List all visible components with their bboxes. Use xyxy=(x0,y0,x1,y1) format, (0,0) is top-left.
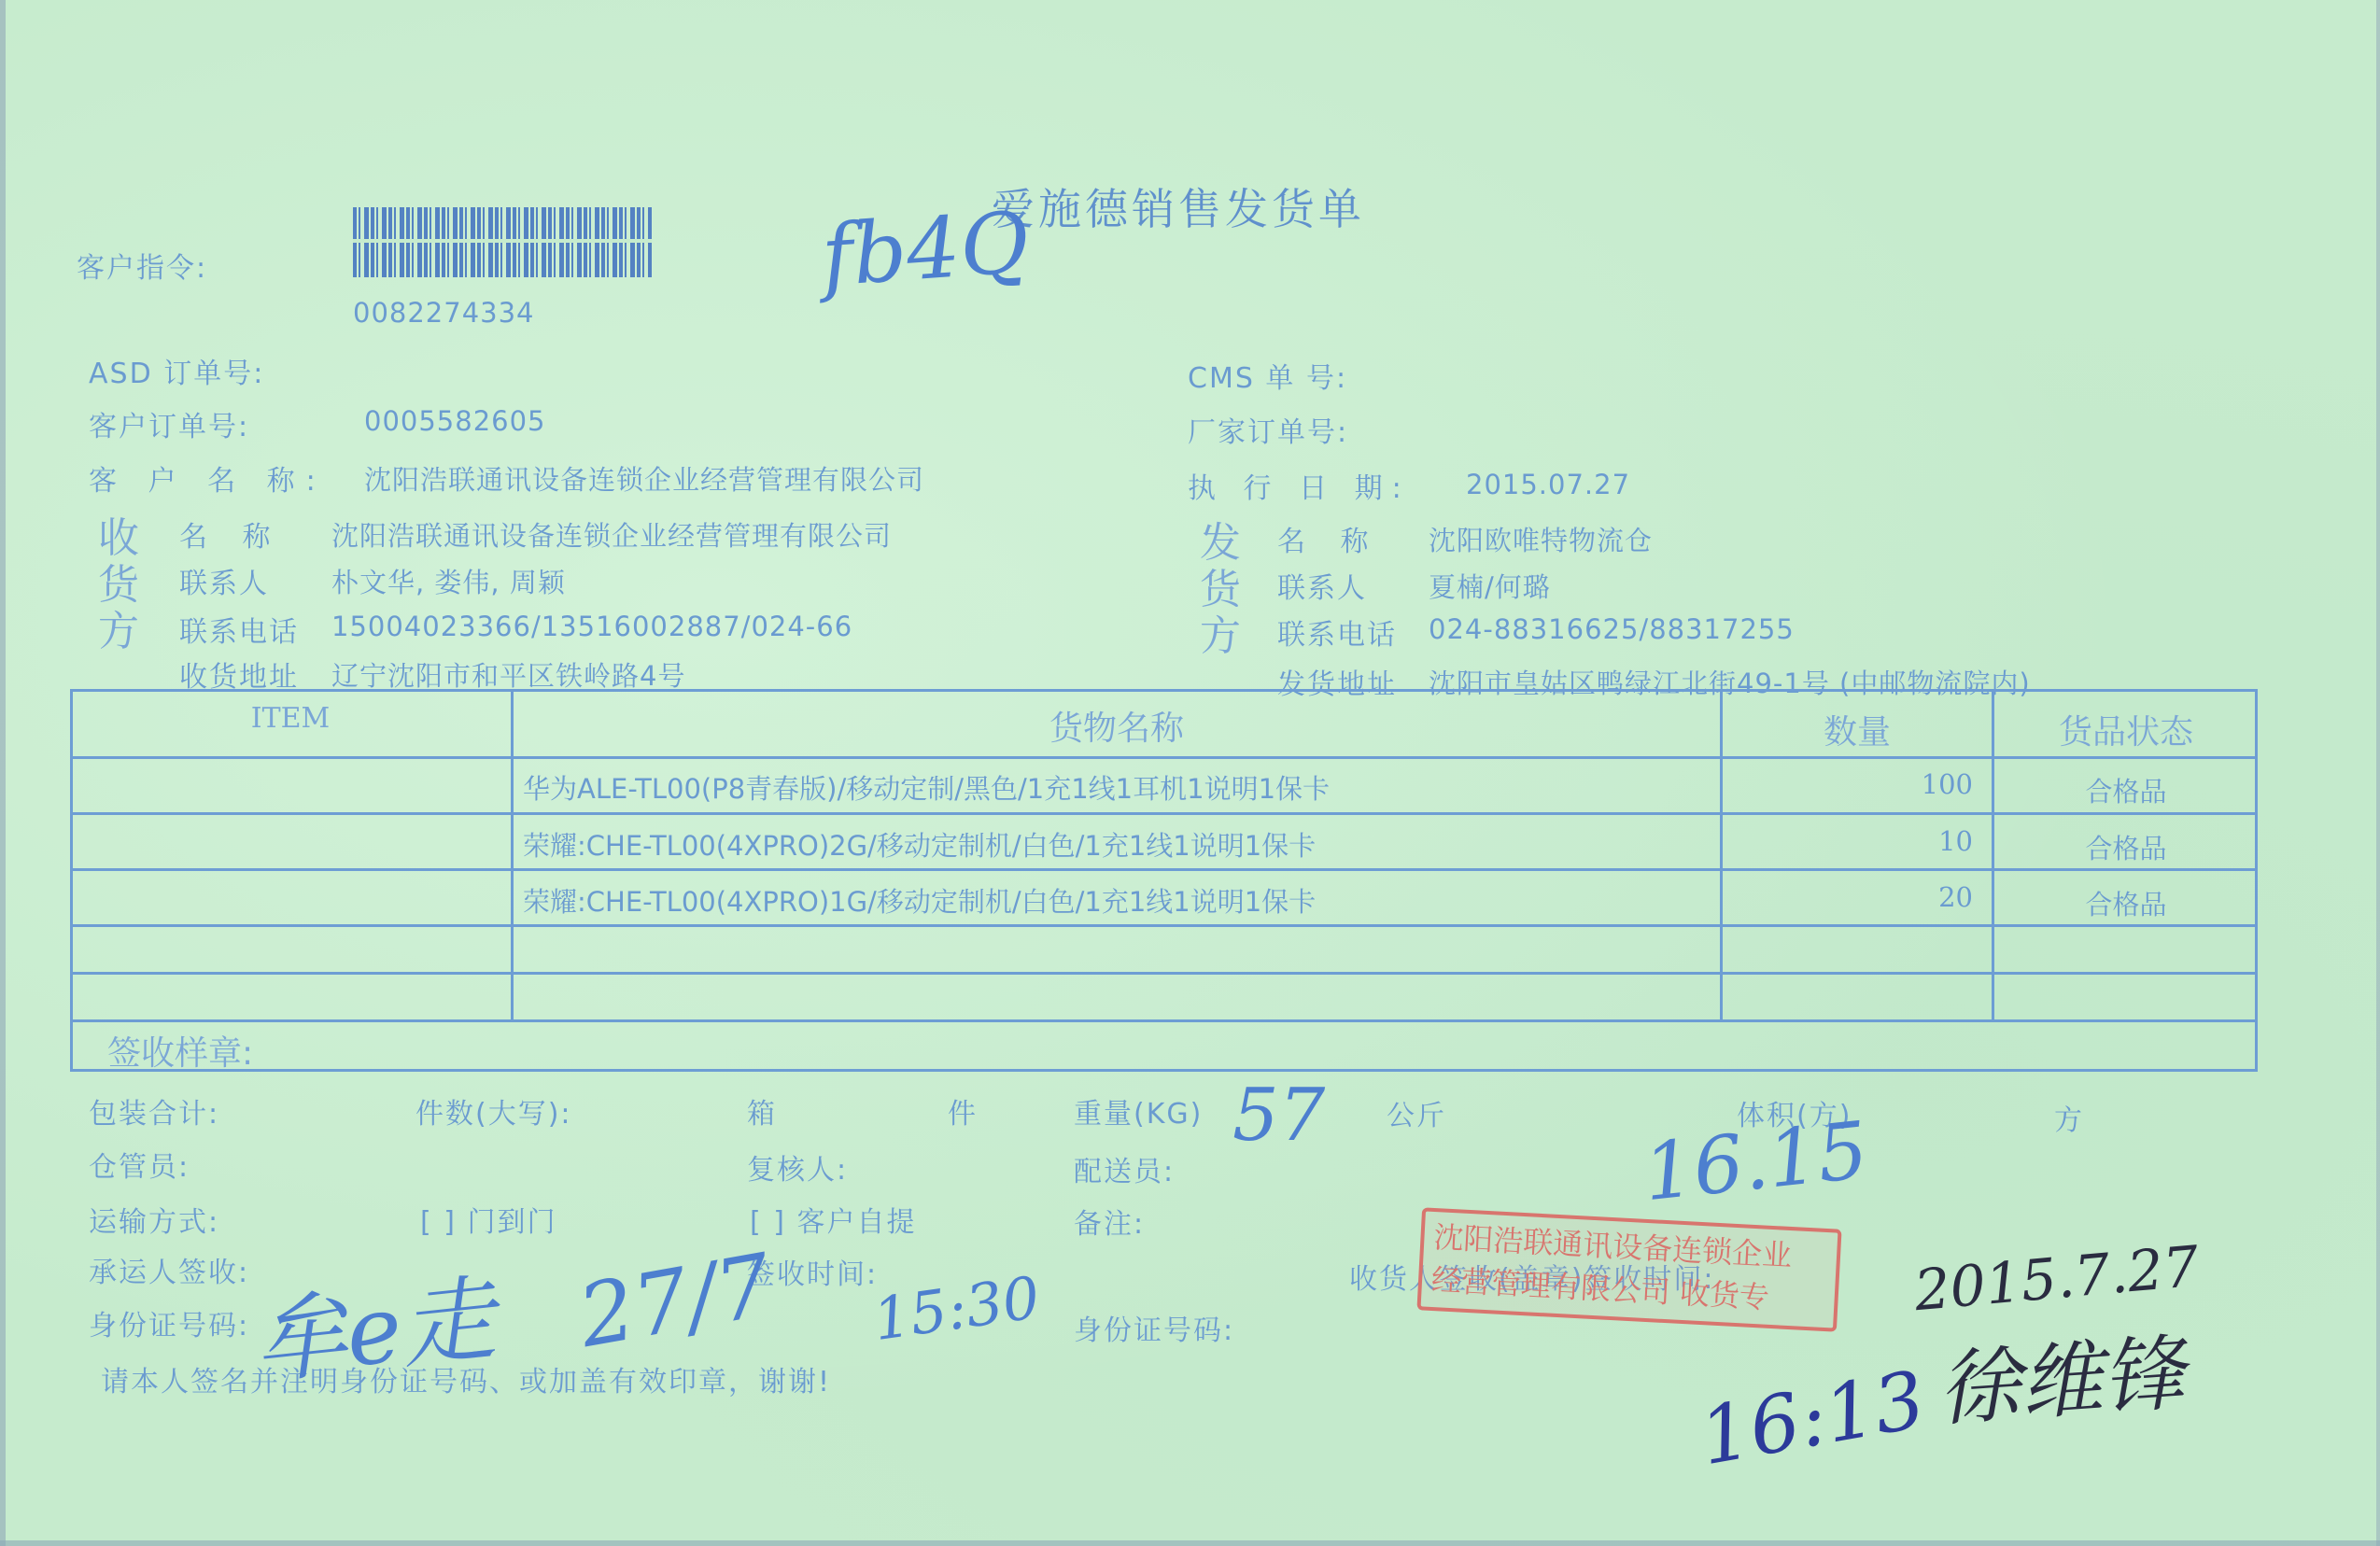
receiver-phone-value: 15004023366/13516002887/024-66 xyxy=(331,611,852,642)
receiver-contact-value: 朴文华, 娄伟, 周颖 xyxy=(331,562,566,600)
sender-contact-label: 联系人 xyxy=(1277,565,1367,606)
table-row-2-status: 合格品 xyxy=(1994,828,2258,866)
col-header-item: ITEM xyxy=(70,702,511,735)
id-number-label-right: 身份证号码: xyxy=(1074,1307,1234,1348)
customer-name-value: 沈阳浩联通讯设备连锁企业经营管理有限公司 xyxy=(364,459,924,498)
receiver-name-label: 名 称 xyxy=(179,513,284,555)
pieces-label: 件数(大写): xyxy=(415,1090,572,1131)
door-to-door-checkbox[interactable]: [ ] 门到门 xyxy=(420,1199,556,1240)
barcode-number: 0082274334 xyxy=(353,297,535,329)
col-header-qty: 数量 xyxy=(1723,706,1992,753)
weight-label: 重量(KG) xyxy=(1074,1090,1203,1131)
paper-edge-bottom xyxy=(0,1540,2380,1546)
receiver-address-value: 辽宁沈阳市和平区铁岭路4号 xyxy=(331,655,685,694)
table-row-1-name: 华为ALE-TL00(P8青春版)/移动定制/黑色/1充1线1耳机1说明1保卡 xyxy=(523,768,1330,807)
remark-label: 备注: xyxy=(1074,1201,1145,1242)
sender-side-char-3: 方 xyxy=(1200,602,1241,662)
table-row-3-name: 荣耀:CHE-TL00(4XPRO)1G/移动定制机/白色/1充1线1说明1保卡 xyxy=(523,881,1316,920)
sender-name-label: 名 称 xyxy=(1277,518,1382,559)
table-row-1-status: 合格品 xyxy=(1994,771,2258,809)
carrier-sign-label: 承运人签收: xyxy=(89,1249,249,1290)
cms-label: CMS 单 号: xyxy=(1188,355,1347,396)
table-row-3-status: 合格品 xyxy=(1994,884,2258,922)
table-row-divider xyxy=(70,972,2258,975)
table-row-divider xyxy=(70,812,2258,815)
box-label: 箱 xyxy=(747,1090,777,1131)
handwritten-weight: 57 xyxy=(1232,1074,1325,1158)
table-sign-divider xyxy=(70,1019,2258,1022)
col-header-status: 货品状态 xyxy=(1994,706,2258,753)
handwritten-receiver-signature: 徐维锋 xyxy=(1934,1308,2188,1442)
checker-label: 复核人: xyxy=(747,1146,848,1188)
exec-date-label: 执 行 日 期: xyxy=(1188,465,1411,506)
receiver-side-char-3: 方 xyxy=(98,597,139,657)
warehouse-label: 仓管员: xyxy=(89,1144,190,1185)
sign-stamp-label: 签收样章: xyxy=(107,1027,253,1075)
factory-order-label: 厂家订单号: xyxy=(1188,409,1348,450)
id-number-label-left: 身份证号码: xyxy=(89,1302,249,1343)
sender-phone-label: 联系电话 xyxy=(1277,611,1397,653)
transport-label: 运输方式: xyxy=(89,1199,219,1240)
table-row-3-qty: 20 xyxy=(1723,881,1973,913)
company-receipt-stamp: 沈阳浩联通讯设备连锁企业 经营管理有限公司 收货专 xyxy=(1416,1207,1841,1331)
handwritten-carrier-signature: 牟e走 xyxy=(246,1244,500,1402)
table-row-1-qty: 100 xyxy=(1723,768,1973,800)
delivery-label: 配送员: xyxy=(1074,1148,1175,1189)
table-row-divider xyxy=(70,924,2258,927)
barcode xyxy=(353,207,652,277)
customer-instruction-label: 客户指令: xyxy=(77,245,207,286)
col-header-name: 货物名称 xyxy=(514,702,1720,750)
document-title: 爱施德销售发货单 xyxy=(992,176,1365,237)
self-pickup-checkbox[interactable]: [ ] 客户自提 xyxy=(750,1199,916,1240)
asd-order-label: ASD 订单号: xyxy=(89,350,264,391)
sender-contact-value: 夏楠/何璐 xyxy=(1429,567,1551,605)
table-row-2-qty: 10 xyxy=(1723,825,1973,857)
customer-name-label: 客 户 名 称: xyxy=(89,457,327,499)
receiver-phone-label: 联系电话 xyxy=(179,609,299,650)
handwritten-top-note: fb4Q xyxy=(819,193,1033,305)
piece-label: 件 xyxy=(948,1090,978,1131)
table-header-divider xyxy=(70,756,2258,759)
sender-name-value: 沈阳欧唯特物流仓 xyxy=(1429,520,1653,558)
customer-order-label: 客户订单号: xyxy=(89,403,249,444)
paper-edge-left xyxy=(0,0,6,1546)
customer-order-value: 0005582605 xyxy=(364,405,546,437)
package-total-label: 包装合计: xyxy=(89,1090,219,1131)
receiver-name-value: 沈阳浩联通讯设备连锁企业经营管理有限公司 xyxy=(331,515,892,554)
table-row-divider xyxy=(70,868,2258,871)
exec-date-value: 2015.07.27 xyxy=(1466,469,1630,500)
kg-unit: 公斤 xyxy=(1387,1092,1446,1133)
paper-edge-right xyxy=(2376,0,2380,1546)
volume-unit: 方 xyxy=(2054,1097,2084,1138)
table-row-2-name: 荣耀:CHE-TL00(4XPRO)2G/移动定制机/白色/1充1线1说明1保卡 xyxy=(523,825,1316,864)
receiver-contact-label: 联系人 xyxy=(179,560,269,601)
sender-phone-value: 024-88316625/88317255 xyxy=(1429,613,1795,645)
